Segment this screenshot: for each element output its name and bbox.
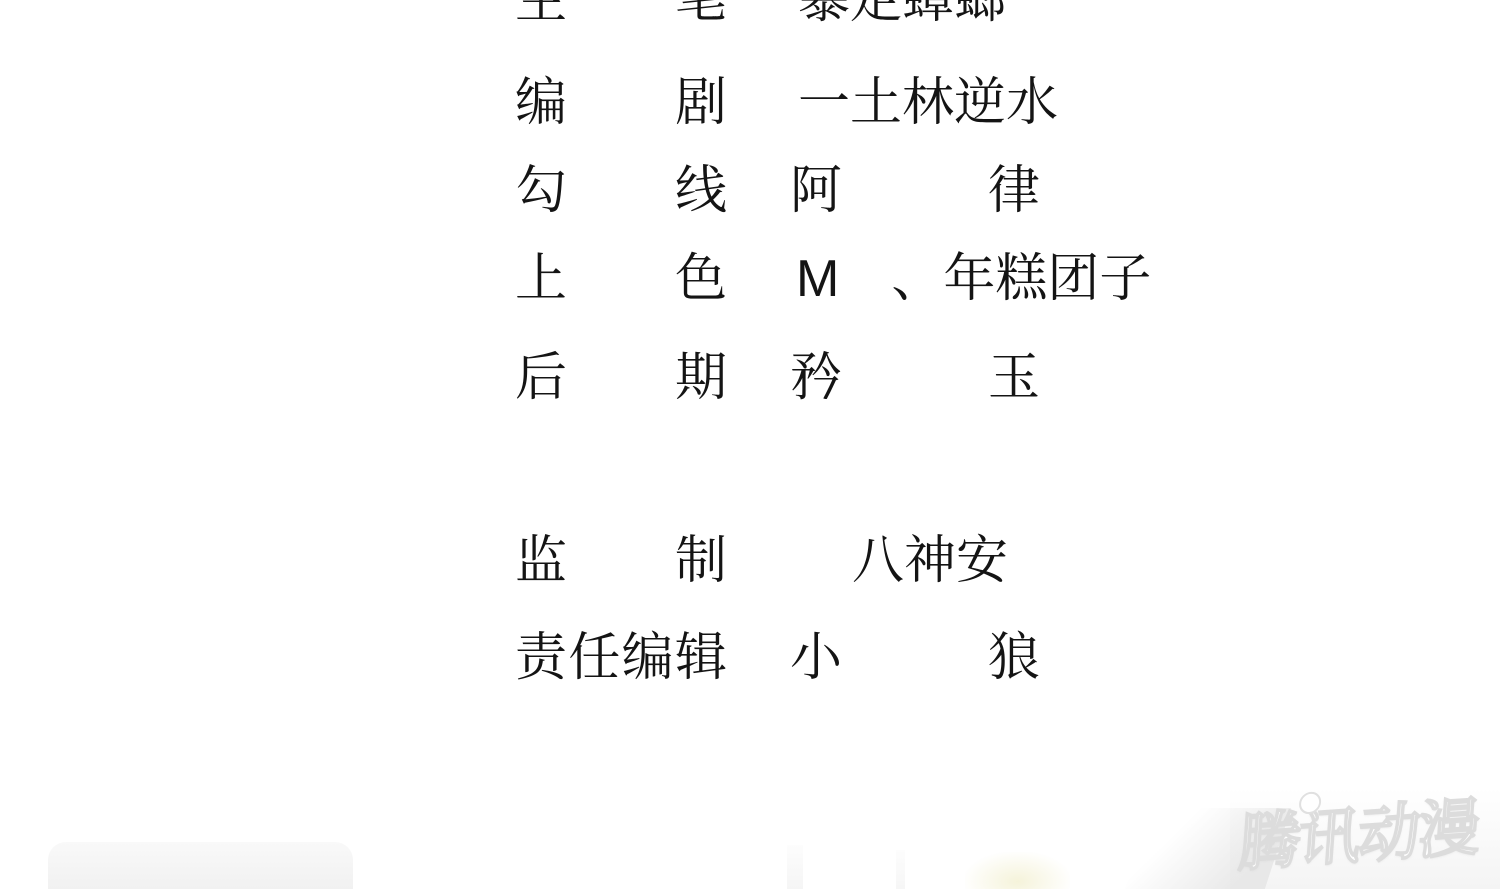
credit-row-post-production: 后期 矜玉 [0, 350, 1500, 406]
credit-role-label: 勾线 [515, 163, 727, 219]
next-panel-streak-hint [787, 845, 803, 889]
credit-name: 小狼 [790, 630, 1040, 686]
next-panel-streak-hint [896, 850, 905, 889]
credit-row-supervisor: 监制 八神安 [0, 533, 1500, 589]
watermark-logo-text: 腾讯动漫 [1236, 793, 1480, 879]
credit-row-editor: 责任编辑 小狼 [0, 630, 1500, 686]
credit-row-screenwriter: 编剧 一土林逆水 [0, 75, 1500, 131]
credit-name: 阿律 [790, 163, 1040, 219]
credit-role-label: 主笔 [515, 0, 727, 28]
tencent-comics-watermark: 腾讯动漫 [1235, 787, 1500, 889]
credit-row-line-art: 勾线 阿律 [0, 163, 1500, 219]
credit-name: 矜玉 [790, 350, 1040, 406]
credit-name: 一土林逆水 [798, 75, 1058, 131]
next-panel-yellow-hint [965, 852, 1070, 889]
credit-row-main-artist: 主笔 暴走蟑螂 [0, 0, 1500, 28]
credit-name: 暴走蟑螂 [798, 0, 1006, 28]
credit-role-label: 编剧 [515, 75, 727, 131]
credit-name: 八神安 [790, 533, 1070, 589]
next-panel-bubble-hint [48, 842, 353, 889]
credit-role-label: 责任编辑 [515, 630, 727, 686]
credit-role-label: 监制 [515, 533, 727, 589]
credit-role-label: 上色 [515, 251, 727, 307]
credit-name: M 、年糕团子 [796, 251, 1151, 307]
credit-row-coloring: 上色 M 、年糕团子 [0, 251, 1500, 307]
credit-role-label: 后期 [515, 350, 727, 406]
